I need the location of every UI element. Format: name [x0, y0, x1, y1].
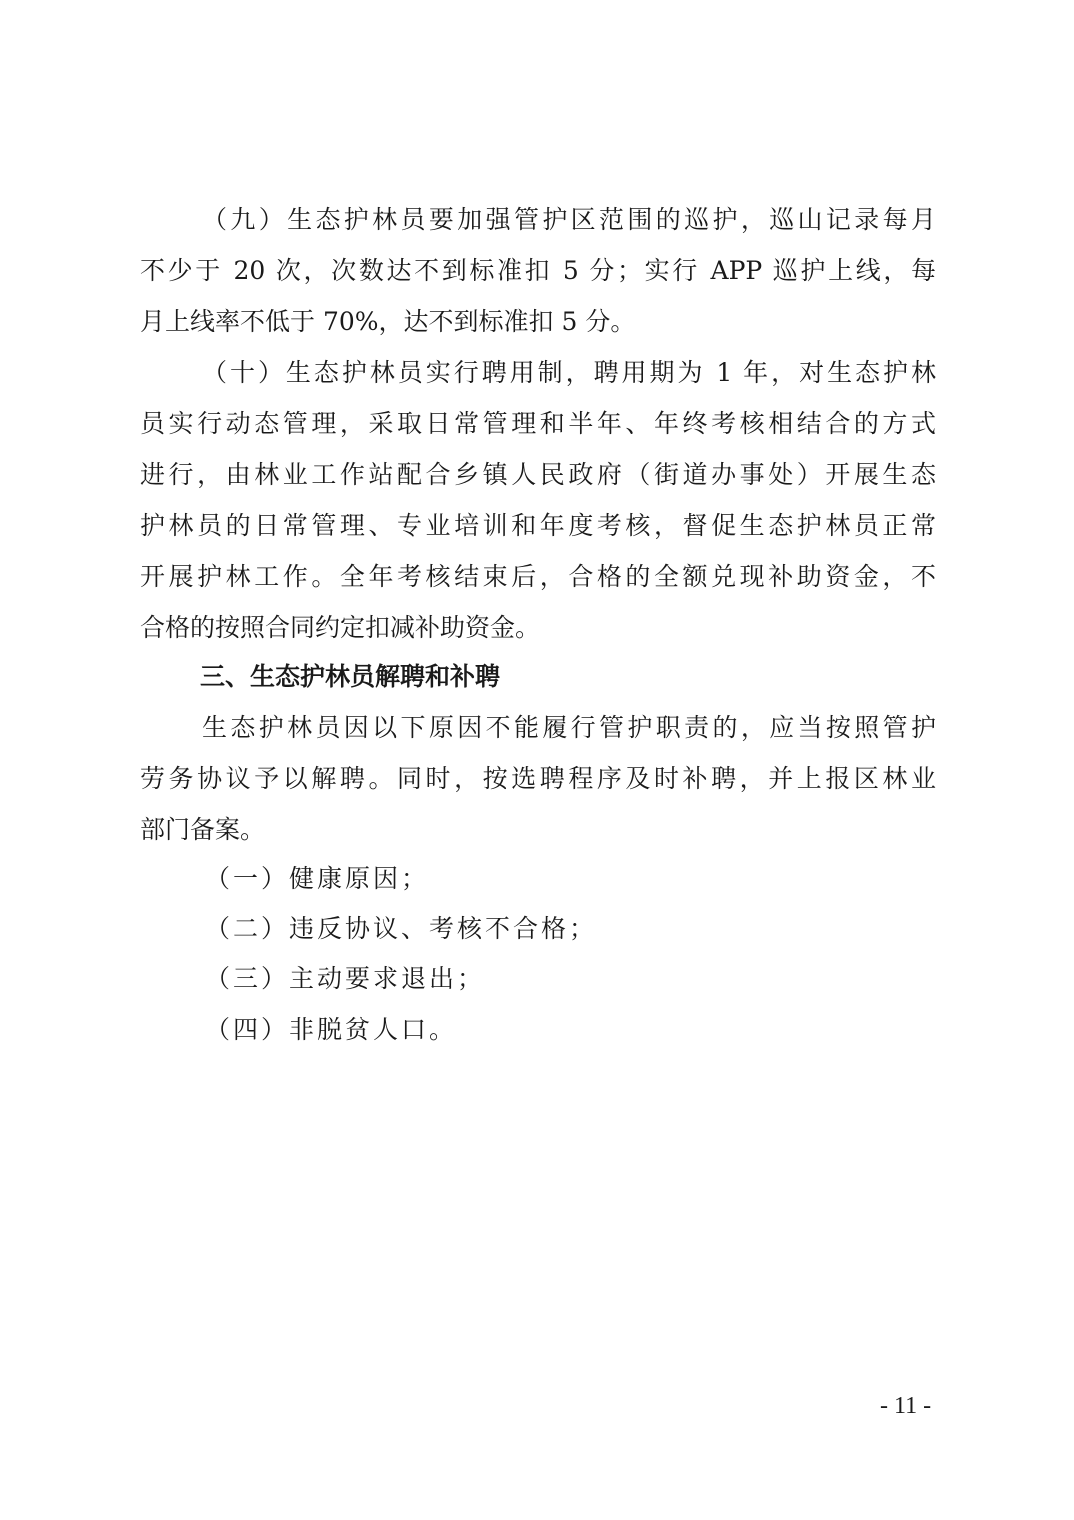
paragraph-9-line-2: 不少于 20 次，次数达不到标准扣 5 分；实行 APP 巡护上线，每: [140, 251, 936, 291]
page-number: - 11 -: [880, 1393, 931, 1420]
section-intro-line-2: 劳务协议予以解聘。同时，按选聘程序及时补聘，并上报区林业: [140, 759, 936, 799]
paragraph-10-line-2: 员实行动态管理，采取日常管理和半年、年终考核相结合的方式: [140, 404, 936, 444]
paragraph-9-line-3: 月上线率不低于 70%，达不到标准扣 5 分。: [140, 302, 936, 342]
paragraph-10-line-1: （十）生态护林员实行聘用制，聘用期为 1 年，对生态护林: [202, 353, 936, 393]
paragraph-10-line-6: 合格的按照合同约定扣减补助资金。: [140, 608, 936, 648]
reason-item-2: （二）违反协议、考核不合格；: [205, 909, 805, 949]
reason-item-1: （一）健康原因；: [205, 859, 805, 899]
reason-item-4: （四）非脱贫人口。: [205, 1010, 805, 1050]
paragraph-10-line-4: 护林员的日常管理、专业培训和年度考核，督促生态护林员正常: [140, 506, 936, 546]
paragraph-10-line-3: 进行，由林业工作站配合乡镇人民政府（街道办事处）开展生态: [140, 455, 936, 495]
section-intro-line-3: 部门备案。: [140, 810, 936, 850]
section-intro-line-1: 生态护林员因以下原因不能履行管护职责的，应当按照管护: [202, 708, 936, 748]
reason-item-3: （三）主动要求退出；: [205, 959, 805, 999]
document-page: （九）生态护林员要加强管护区范围的巡护，巡山记录每月 不少于 20 次，次数达不…: [0, 0, 1074, 1520]
paragraph-10-line-5: 开展护林工作。全年考核结束后，合格的全额兑现补助资金，不: [140, 557, 936, 597]
paragraph-9-line-1: （九）生态护林员要加强管护区范围的巡护，巡山记录每月: [202, 200, 936, 240]
section-heading: 三、生态护林员解聘和补聘: [200, 657, 800, 697]
